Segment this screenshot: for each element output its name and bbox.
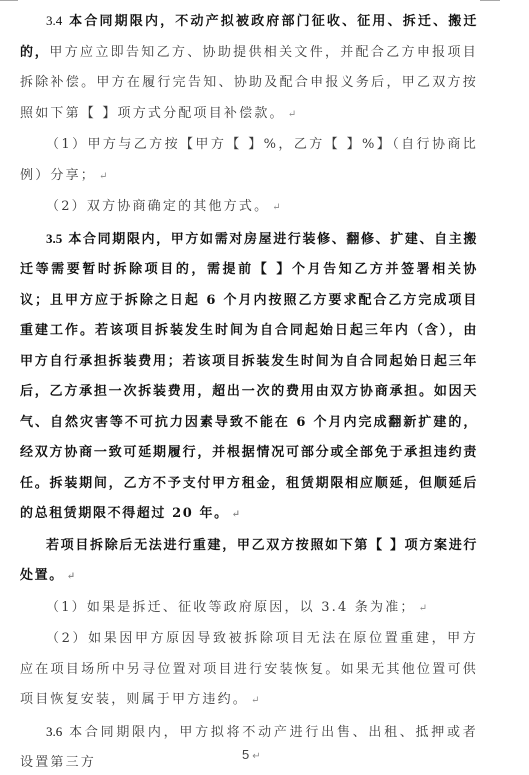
clause-text: （1）如果是拆迁、征收等政府原因，以 3.4 条为准； bbox=[46, 600, 416, 615]
paragraph-mark-icon: ↵ bbox=[251, 695, 259, 706]
paragraph-mark-icon: ↵ bbox=[419, 603, 427, 614]
paragraph-mark-icon: ↵ bbox=[272, 202, 280, 213]
document-page: 3.4 本合同期限内，不动产拟被政府部门征收、征用、拆迁、搬迁的，甲方应立即告知… bbox=[20, 6, 478, 775]
clause-number: 3.4 bbox=[46, 13, 62, 28]
clause-3-4-option-1: （1）甲方与乙方按【甲方【 】%，乙方【 】%】（自行协商比例）分享；↵ bbox=[20, 130, 478, 192]
clause-text: 若项目拆除后无法进行重建，甲乙双方按照如下第【 】项方案进行处置。 bbox=[20, 538, 478, 584]
margin-corner-mark-top-right bbox=[480, 0, 500, 1]
page-number: 5↵ bbox=[242, 747, 261, 762]
clause-text: （2）如果因甲方原因导致被拆除项目无法在原位置重建，甲方应在项目场所中另寻位置对… bbox=[20, 631, 478, 707]
clause-3-4: 3.4 本合同期限内，不动产拟被政府部门征收、征用、拆迁、搬迁的，甲方应立即告知… bbox=[20, 6, 478, 130]
paragraph-mark-icon: ↵ bbox=[99, 171, 107, 182]
clause-number: 3.5 bbox=[46, 231, 62, 246]
clause-3-4-option-2: （2）双方协商确定的其他方式。↵ bbox=[20, 192, 478, 224]
paragraph-mark-icon: ↵ bbox=[232, 509, 240, 520]
clause-3-5-option-2: （2）如果因甲方原因导致被拆除项目无法在原位置重建，甲方应在项目场所中另寻位置对… bbox=[20, 624, 478, 717]
paragraph-mark-icon: ↵ bbox=[67, 571, 75, 582]
paragraph-mark-icon: ↵ bbox=[288, 109, 296, 120]
clause-text: 甲方应立即告知乙方、协助提供相关文件，并配合乙方申报项目拆除补偿。甲方在履行完告… bbox=[20, 45, 478, 121]
clause-3-5-option-1: （1）如果是拆迁、征收等政府原因，以 3.4 条为准；↵ bbox=[20, 593, 478, 625]
clause-text: （1）甲方与乙方按【甲方【 】%，乙方【 】%】（自行协商比例）分享； bbox=[20, 137, 478, 183]
clause-3-5-rebuild: 若项目拆除后无法进行重建，甲乙双方按照如下第【 】项方案进行处置。↵ bbox=[20, 531, 478, 593]
paragraph-mark-icon: ↵ bbox=[252, 751, 260, 762]
clause-number: 3.6 bbox=[46, 724, 62, 739]
clause-3-5: 3.5 本合同期限内，甲方如需对房屋进行装修、翻修、扩建、自主搬迁等需要暂时拆除… bbox=[20, 224, 478, 531]
clause-text: 本合同期限内，甲方如需对房屋进行装修、翻修、扩建、自主搬迁等需要暂时拆除项目的，… bbox=[20, 232, 478, 522]
clause-text: （2）双方协商确定的其他方式。 bbox=[46, 199, 269, 214]
margin-corner-mark-top-left bbox=[0, 0, 18, 1]
page-number-value: 5 bbox=[242, 747, 249, 762]
clause-3-6: 3.6 本合同期限内，甲方拟将不动产进行出售、出租、抵押或者设置第三方 bbox=[20, 717, 478, 775]
